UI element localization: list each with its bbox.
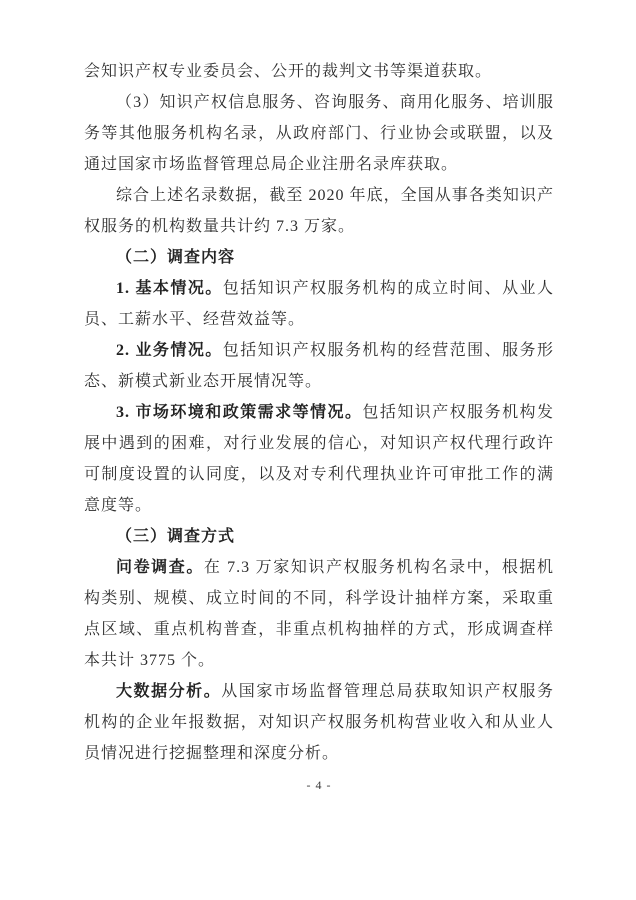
page-number: - 4 - [84, 776, 554, 794]
paragraph-list-item-3: （3）知识产权信息服务、咨询服务、商用化服务、培训服务等其他服务机构名录，从政府… [84, 87, 554, 180]
item-lead-market: 3. 市场环境和政策需求等情况。 [116, 404, 362, 421]
list-item-bigdata: 大数据分析。从国家市场监督管理总局获取知识产权服务机构的企业年报数据，对知识产权… [84, 676, 554, 769]
item-lead-business: 2. 业务情况。 [116, 342, 223, 359]
section-heading-survey-content: （二）调查内容 [84, 242, 554, 273]
item-lead-basic: 1. 基本情况。 [116, 280, 223, 297]
paragraph-continuation: 会知识产权专业委员会、公开的裁判文书等渠道获取。 [84, 56, 554, 87]
item-lead-bigdata: 大数据分析。 [116, 683, 221, 700]
list-item-basic: 1. 基本情况。包括知识产权服务机构的成立时间、从业人员、工薪水平、经营效益等。 [84, 273, 554, 335]
paragraph-summary: 综合上述名录数据，截至 2020 年底，全国从事各类知识产权服务的机构数量共计约… [84, 180, 554, 242]
list-item-business: 2. 业务情况。包括知识产权服务机构的经营范围、服务形态、新模式新业态开展情况等… [84, 335, 554, 397]
item-lead-questionnaire: 问卷调查。 [116, 559, 204, 576]
section-heading-survey-method: （三）调查方式 [84, 521, 554, 552]
list-item-questionnaire: 问卷调查。在 7.3 万家知识产权服务机构名录中，根据机构类别、规模、成立时间的… [84, 552, 554, 676]
list-item-market: 3. 市场环境和政策需求等情况。包括知识产权服务机构发展中遇到的困难，对行业发展… [84, 397, 554, 521]
document-body: 会知识产权专业委员会、公开的裁判文书等渠道获取。 （3）知识产权信息服务、咨询服… [84, 56, 554, 769]
document-page: 会知识产权专业委员会、公开的裁判文书等渠道获取。 （3）知识产权信息服务、咨询服… [0, 0, 636, 900]
